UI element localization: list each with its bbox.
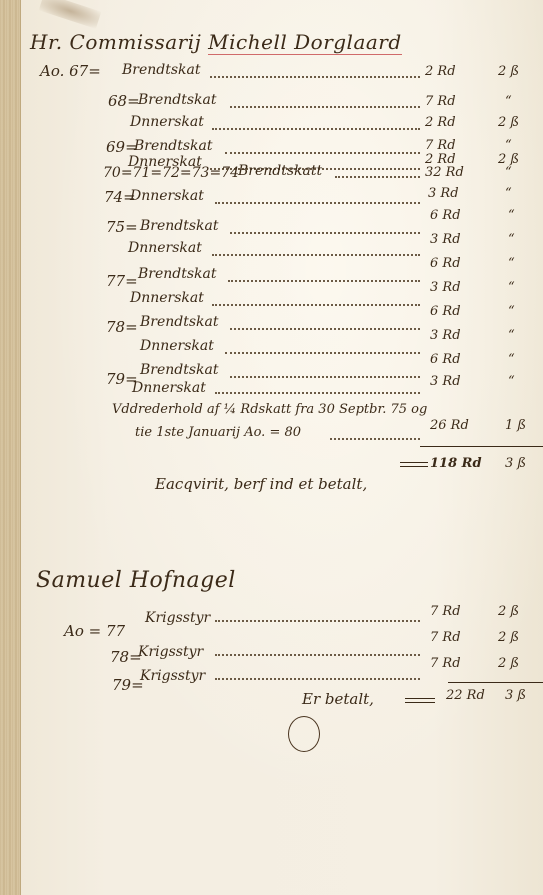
entry-item: Dnnerskat [130,114,204,130]
entry-prefix: Ao = 77 [64,622,125,640]
entry-amount-ort: “ [505,165,512,180]
entry-amount-ort: 2 ß [498,656,519,671]
entry-amount-rd: 7 Rd [425,94,456,109]
entry-prefix: 78= [110,648,142,666]
section1-heading-name: Michell Dorglaard [208,30,402,55]
entry-item: Brendtskat [140,218,219,234]
manuscript-page: Hr. Commissarij Michell Dorglaard Ao. 67… [0,0,543,895]
entry-item: Dnnerskat [128,240,202,256]
entry-prefix: 68= [108,92,140,110]
entry-amount-ort: “ [505,138,512,153]
entry-amount-rd: 3 Rd [430,280,461,295]
entry-amount-rd: 3 Rd [430,232,461,247]
entry-item: Brendtskat [140,314,219,330]
section2-total-ort: 3 ß [505,688,526,703]
leader-dots [335,176,420,178]
extra-amount-rd: 26 Rd [430,418,469,433]
entry-amount-ort: “ [508,232,515,247]
entry-amount-ort: “ [508,304,515,319]
leader-dots [215,678,420,680]
leader-dots [230,328,420,330]
entry-amount-ort: “ [508,280,515,295]
entry-amount-rd: 7 Rd [430,630,461,645]
entry-item: Brendtskat [138,266,217,282]
entry-item: Brendtskat [138,92,217,108]
section1-total-rd: 118 Rd [430,456,482,471]
entry-item: Brendtskatt [238,163,322,179]
ink-stain [39,0,102,29]
entry-amount-ort: “ [508,374,515,389]
entry-amount-rd: 6 Rd [430,352,461,367]
extra-line-2: tie 1ste Januarij Ao. = 80 [135,425,301,440]
section1-heading: Hr. Commissarij Michell Dorglaard [30,30,402,54]
entry-amount-ort: 2 ß [498,604,519,619]
entry-item: Brendtskat [122,62,201,78]
leader-dots [230,232,420,234]
section2-heading: Samuel Hofnagel [36,568,236,593]
section1-total-ort: 3 ß [505,456,526,471]
sum-rule [448,682,543,683]
leader-dots [215,654,420,656]
extra-line-1: Vddrederhold af ¼ Rdskatt fra 30 Septbr.… [112,402,427,417]
sum-rule [420,446,543,447]
entry-amount-rd: 32 Rd [425,165,464,180]
entry-item: Krigsstyr [138,644,203,660]
entry-amount-rd: 7 Rd [430,604,461,619]
section1-total-label: Eacqvirit, berf ind et betalt, [155,475,367,493]
leader-dots [225,152,420,154]
leader-dots [210,76,420,78]
entry-item: Krigsstyr [140,668,205,684]
entry-prefix: 77= [106,272,138,290]
section2-total-label: Er betalt, [302,690,374,708]
leader-dots [212,304,420,306]
double-rule [405,698,435,703]
entry-amount-ort: “ [508,328,515,343]
double-rule [400,462,428,467]
entry-amount-ort: “ [508,208,515,223]
leader-dots [330,438,420,440]
entry-amount-rd: 3 Rd [430,328,461,343]
section1-heading-prefix: Hr. Commissarij [30,30,201,54]
entry-item: Brendtskat [134,138,213,154]
leader-dots [215,620,420,622]
leader-dots [212,254,420,256]
entry-prefix: 79= [112,676,144,694]
entry-amount-ort: “ [508,256,515,271]
leader-dots [215,392,420,394]
leader-dots [215,202,420,204]
entry-amount-ort: “ [505,94,512,109]
entry-amount-ort: 2 ß [498,64,519,79]
leader-dots [225,352,420,354]
entry-amount-ort: “ [508,352,515,367]
entry-prefix: Ao. 67= [40,62,101,80]
entry-amount-rd: 2 Rd [425,115,456,130]
entry-amount-rd: 7 Rd [430,656,461,671]
entry-item: Dnnerskat [140,338,214,354]
leader-dots [212,128,420,130]
entry-amount-rd: 7 Rd [425,138,456,153]
entry-amount-rd: 6 Rd [430,256,461,271]
section2-total-rd: 22 Rd [446,688,485,703]
extra-amount-ort: 1 ß [505,418,526,433]
entry-amount-rd: 2 Rd [425,64,456,79]
entry-item: Krigsstyr [145,610,210,626]
entry-amount-rd: 6 Rd [430,304,461,319]
entry-item: Dnnerskat [132,380,206,396]
entry-item: Brendtskat [140,362,219,378]
entry-prefix: 75= [106,218,138,236]
entry-prefix: 70=71=72=73=74 [103,165,239,181]
leader-dots [230,106,420,108]
leader-dots [230,376,420,378]
entry-item: Dnnerskat [130,188,204,204]
entry-prefix: 78= [106,318,138,336]
entry-item: Dnnerskat [130,290,204,306]
entry-amount-rd: 6 Rd [430,208,461,223]
entry-amount-ort: 2 ß [498,630,519,645]
entry-amount-ort: “ [505,186,512,201]
entry-amount-rd: 3 Rd [428,186,459,201]
entry-amount-rd: 3 Rd [430,374,461,389]
binding-gutter [0,0,21,895]
flourish-loop [288,716,320,752]
entry-amount-ort: 2 ß [498,115,519,130]
leader-dots [228,280,420,282]
